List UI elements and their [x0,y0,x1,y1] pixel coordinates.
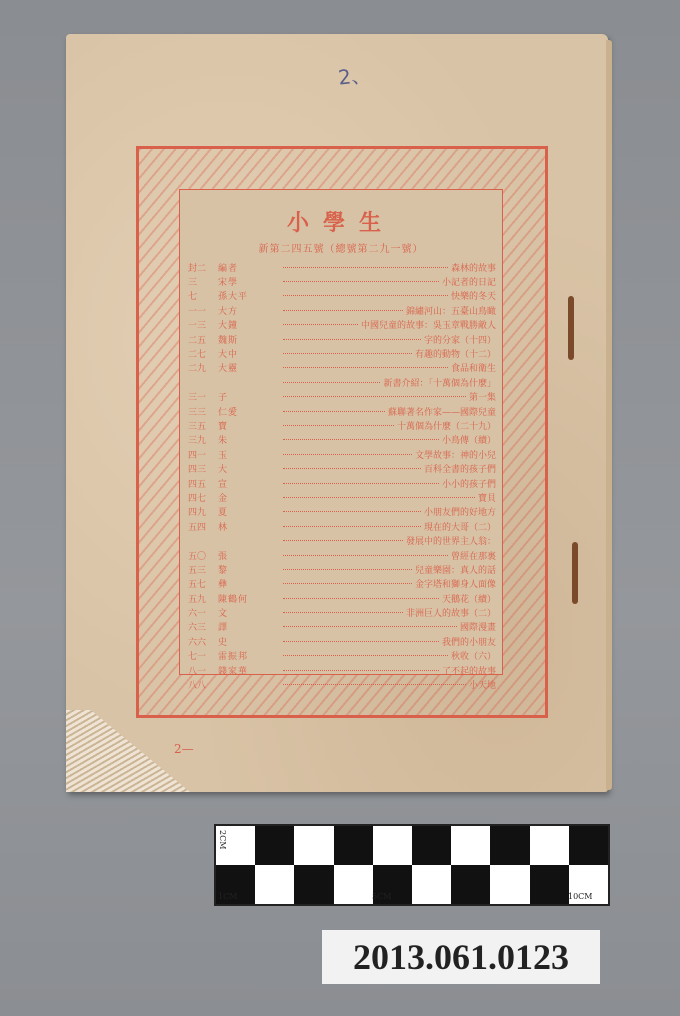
toc-row: 八一錢家華了不起的故事 [188,663,496,677]
toc-page: 三九 [188,433,218,446]
toc-leader [283,367,448,368]
toc-title: 兒童樂園：真人的話 [415,563,496,576]
toc-author: 玉 [218,448,280,461]
toc-page: 五〇 [188,549,218,562]
toc-page: 封二 [188,261,218,274]
toc-author: 譯 [218,620,280,633]
toc-author: 大 [218,462,280,475]
toc-title: 金字塔和獅身人面像 [415,577,496,590]
toc-title: 食品和衛生 [451,361,496,374]
toc-row: 五三黎兒童樂園：真人的話 [188,562,496,576]
toc-author: 陳鶴何 [218,592,280,605]
toc-title: 新書介紹：「十萬個為什麼」 [383,376,496,389]
toc-title: 中國兒童的故事：吳玉章戰勝敵人 [361,318,496,331]
toc-leader [283,454,412,455]
toc-title: 有趣的動物（十二） [415,347,496,360]
toc-author: 錢家華 [218,664,280,677]
toc-author: 大鐘 [218,318,280,331]
toc-leader [283,684,466,685]
rust-stain [568,296,574,360]
toc-row: 四五宣小小的孩子們 [188,476,496,490]
toc-author: 仁愛 [218,405,280,418]
toc-author: 大方 [218,304,280,317]
toc-row: 一一大方錦繡河山：五臺山鳥瞰 [188,303,496,317]
toc-title: 森林的故事 [451,261,496,274]
toc-author: 史 [218,635,280,648]
toc-row: 五七彝金字塔和獅身人面像 [188,577,496,591]
toc-row: 四九夏小朋友們的好地方 [188,505,496,519]
toc-title: 國際漫畫 [460,620,496,633]
toc-page: 六一 [188,606,218,619]
toc-leader [283,267,448,268]
toc-author: 孫大平 [218,289,280,302]
toc-page: 五九 [188,592,218,605]
toc-page: 一一 [188,304,218,317]
toc-row: 四三大百科全書的孩子們 [188,461,496,475]
toc-author: 大靈 [218,361,280,374]
scale-square [530,865,569,904]
toc-author: 宣 [218,477,280,490]
toc-row: 七孫大平快樂的冬天 [188,289,496,303]
toc-leader [283,439,439,440]
toc-row: 五四林現在的大哥（二） [188,519,496,533]
toc-leader [283,626,457,627]
scale-bar [214,824,610,906]
toc-author: 金 [218,491,280,504]
scale-square [294,826,333,865]
toc-page: 四五 [188,477,218,490]
book-spine-edge [606,40,612,790]
toc-author: 子 [218,390,280,403]
toc-row: 六六史我們的小朋友 [188,634,496,648]
toc-page: 二九 [188,361,218,374]
toc-page: 二五 [188,333,218,346]
toc-row: 二五魏斯字的分家（十四） [188,332,496,346]
scale-square [451,865,490,904]
toc-page: 八八 [188,678,218,691]
toc-author: 彝 [218,577,280,590]
toc-leader [283,468,421,469]
toc-leader [283,396,466,397]
toc-title: 錦繡河山：五臺山鳥瞰 [406,304,496,317]
toc-row: 六三譯國際漫畫 [188,620,496,634]
toc-page: 四三 [188,462,218,475]
toc-page: 四一 [188,448,218,461]
toc-title: 非洲巨人的故事（二） [406,606,496,619]
scale-square [334,865,373,904]
scale-square [451,826,490,865]
issue-line: 新第二四五號（總號第二九一號） [180,240,502,255]
page-marker: 2— [174,742,194,756]
toc-title: 字的分家（十四） [424,333,496,346]
toc-author: 黎 [218,563,280,576]
toc-author: 編者 [218,261,280,274]
rust-stain [572,542,578,604]
toc-row: 三宋學小記者的日記 [188,274,496,288]
toc-leader [283,569,412,570]
toc-leader [283,583,412,584]
pencil-mark: 2、 [337,58,373,90]
scale-square [294,865,333,904]
toc-leader [283,526,421,527]
scale-label-top: 2CM [218,830,227,849]
toc-leader [283,598,439,599]
scale-square [569,826,608,865]
toc-row: 四一玉文學故事：神的小兒 [188,447,496,461]
toc-leader [283,670,439,671]
toc-row: 四七金寶貝 [188,490,496,504]
scale-label-5cm: 5CM [372,892,391,901]
scale-square [530,826,569,865]
toc-row: 三三仁愛蘇聯著名作家——國際兒童 [188,404,496,418]
toc-page: 七 [188,289,218,302]
scale-square [255,865,294,904]
toc-title: 我們的小朋友 [442,635,496,648]
scale-label-10cm: 10CM [568,892,593,901]
torn-corner [66,710,190,792]
toc-row: 五九陳鶴何天鵝花（續） [188,591,496,605]
toc-title: 小天地 [469,678,496,691]
toc-title: 天鵝花（續） [442,592,496,605]
toc-title: 蘇聯著名作家——國際兒童 [388,405,496,418]
toc-title: 寶貝 [478,491,496,504]
toc-title: 小記者的日記 [442,275,496,288]
toc-title: 曾經在那裏 [451,549,496,562]
toc-row: 二七大中有趣的動物（十二） [188,346,496,360]
toc-page: 三三 [188,405,218,418]
toc-row: 三一子第一集 [188,390,496,404]
toc-leader [283,540,403,541]
toc-leader [283,295,448,296]
contents-panel: 小學生 新第二四五號（總號第二九一號） 封二編者森林的故事三宋學小記者的日記七孫… [179,189,503,675]
toc-page: 五三 [188,563,218,576]
toc-author: 夏 [218,505,280,518]
toc-author: 朱 [218,433,280,446]
toc-author: 宋學 [218,275,280,288]
toc-title: 現在的大哥（二） [424,520,496,533]
toc-leader [283,511,421,512]
scale-square [412,826,451,865]
toc-page: 三一 [188,390,218,403]
toc-title: 了不起的故事 [442,664,496,677]
toc-author: 魏斯 [218,333,280,346]
toc-title: 文學故事：神的小兒 [415,448,496,461]
toc-page: 四七 [188,491,218,504]
toc-page: 七一 [188,649,218,662]
scale-square [412,865,451,904]
toc-leader [283,483,439,484]
toc-page: 一三 [188,318,218,331]
toc-page: 五七 [188,577,218,590]
toc-title: 小朋友們的好地方 [424,505,496,518]
toc-author: 文 [218,606,280,619]
toc-page: 五四 [188,520,218,533]
toc-leader [283,411,385,412]
toc-row: 新書介紹：「十萬個為什麼」 [188,375,496,389]
toc-author: 大中 [218,347,280,360]
toc-title: 發展中的世界主人翁： [406,534,496,547]
toc-row: 七一雷振邦秋收（六） [188,649,496,663]
toc-page: 八一 [188,664,218,677]
toc-title: 秋收（六） [451,649,496,662]
table-of-contents: 封二編者森林的故事三宋學小記者的日記七孫大平快樂的冬天一一大方錦繡河山：五臺山鳥… [188,260,496,692]
toc-leader [283,339,421,340]
toc-page: 六三 [188,620,218,633]
toc-author: 張 [218,549,280,562]
scale-square [334,826,373,865]
toc-leader [283,555,448,556]
toc-leader [283,641,439,642]
toc-page: 六六 [188,635,218,648]
magazine-back-cover: 2、 小學生 新第二四五號（總號第二九一號） 封二編者森林的故事三宋學小記者的日… [66,34,608,792]
toc-author: 寶 [218,419,280,432]
toc-page: 三 [188,275,218,288]
toc-leader [283,497,475,498]
magazine-title: 小學生 [180,206,502,237]
scale-square [255,826,294,865]
scale-square [490,826,529,865]
toc-leader [283,612,403,613]
toc-row: 二九大靈食品和衛生 [188,361,496,375]
toc-leader [283,655,448,656]
toc-title: 小鳥傳（續） [442,433,496,446]
toc-row: 發展中的世界主人翁： [188,533,496,547]
toc-title: 百科全書的孩子們 [424,462,496,475]
toc-row: 六一文非洲巨人的故事（二） [188,605,496,619]
toc-row: 一三大鐘中國兒童的故事：吳玉章戰勝敵人 [188,318,496,332]
decorative-frame: 小學生 新第二四五號（總號第二九一號） 封二編者森林的故事三宋學小記者的日記七孫… [136,146,548,718]
toc-title: 快樂的冬天 [451,289,496,302]
toc-leader [283,324,358,325]
toc-leader [283,382,380,383]
catalog-number-label: 2013.061.0123 [322,930,600,984]
toc-row: 五〇張曾經在那裏 [188,548,496,562]
toc-title: 第一集 [469,390,496,403]
scale-label-1cm: 1CM [218,892,237,901]
scale-square [373,826,412,865]
toc-row: 三五寶十萬個為什麼（二十九） [188,418,496,432]
toc-leader [283,310,403,311]
toc-page: 四九 [188,505,218,518]
toc-row: 封二編者森林的故事 [188,260,496,274]
scale-square [490,865,529,904]
toc-title: 十萬個為什麼（二十九） [397,419,496,432]
toc-page: 二七 [188,347,218,360]
toc-page: 三五 [188,419,218,432]
toc-row: 三九朱小鳥傳（續） [188,433,496,447]
toc-author: 雷振邦 [218,649,280,662]
toc-leader [283,425,394,426]
toc-leader [283,281,439,282]
toc-title: 小小的孩子們 [442,477,496,490]
toc-author: 林 [218,520,280,533]
toc-leader [283,353,412,354]
toc-row: 八八小天地 [188,677,496,691]
